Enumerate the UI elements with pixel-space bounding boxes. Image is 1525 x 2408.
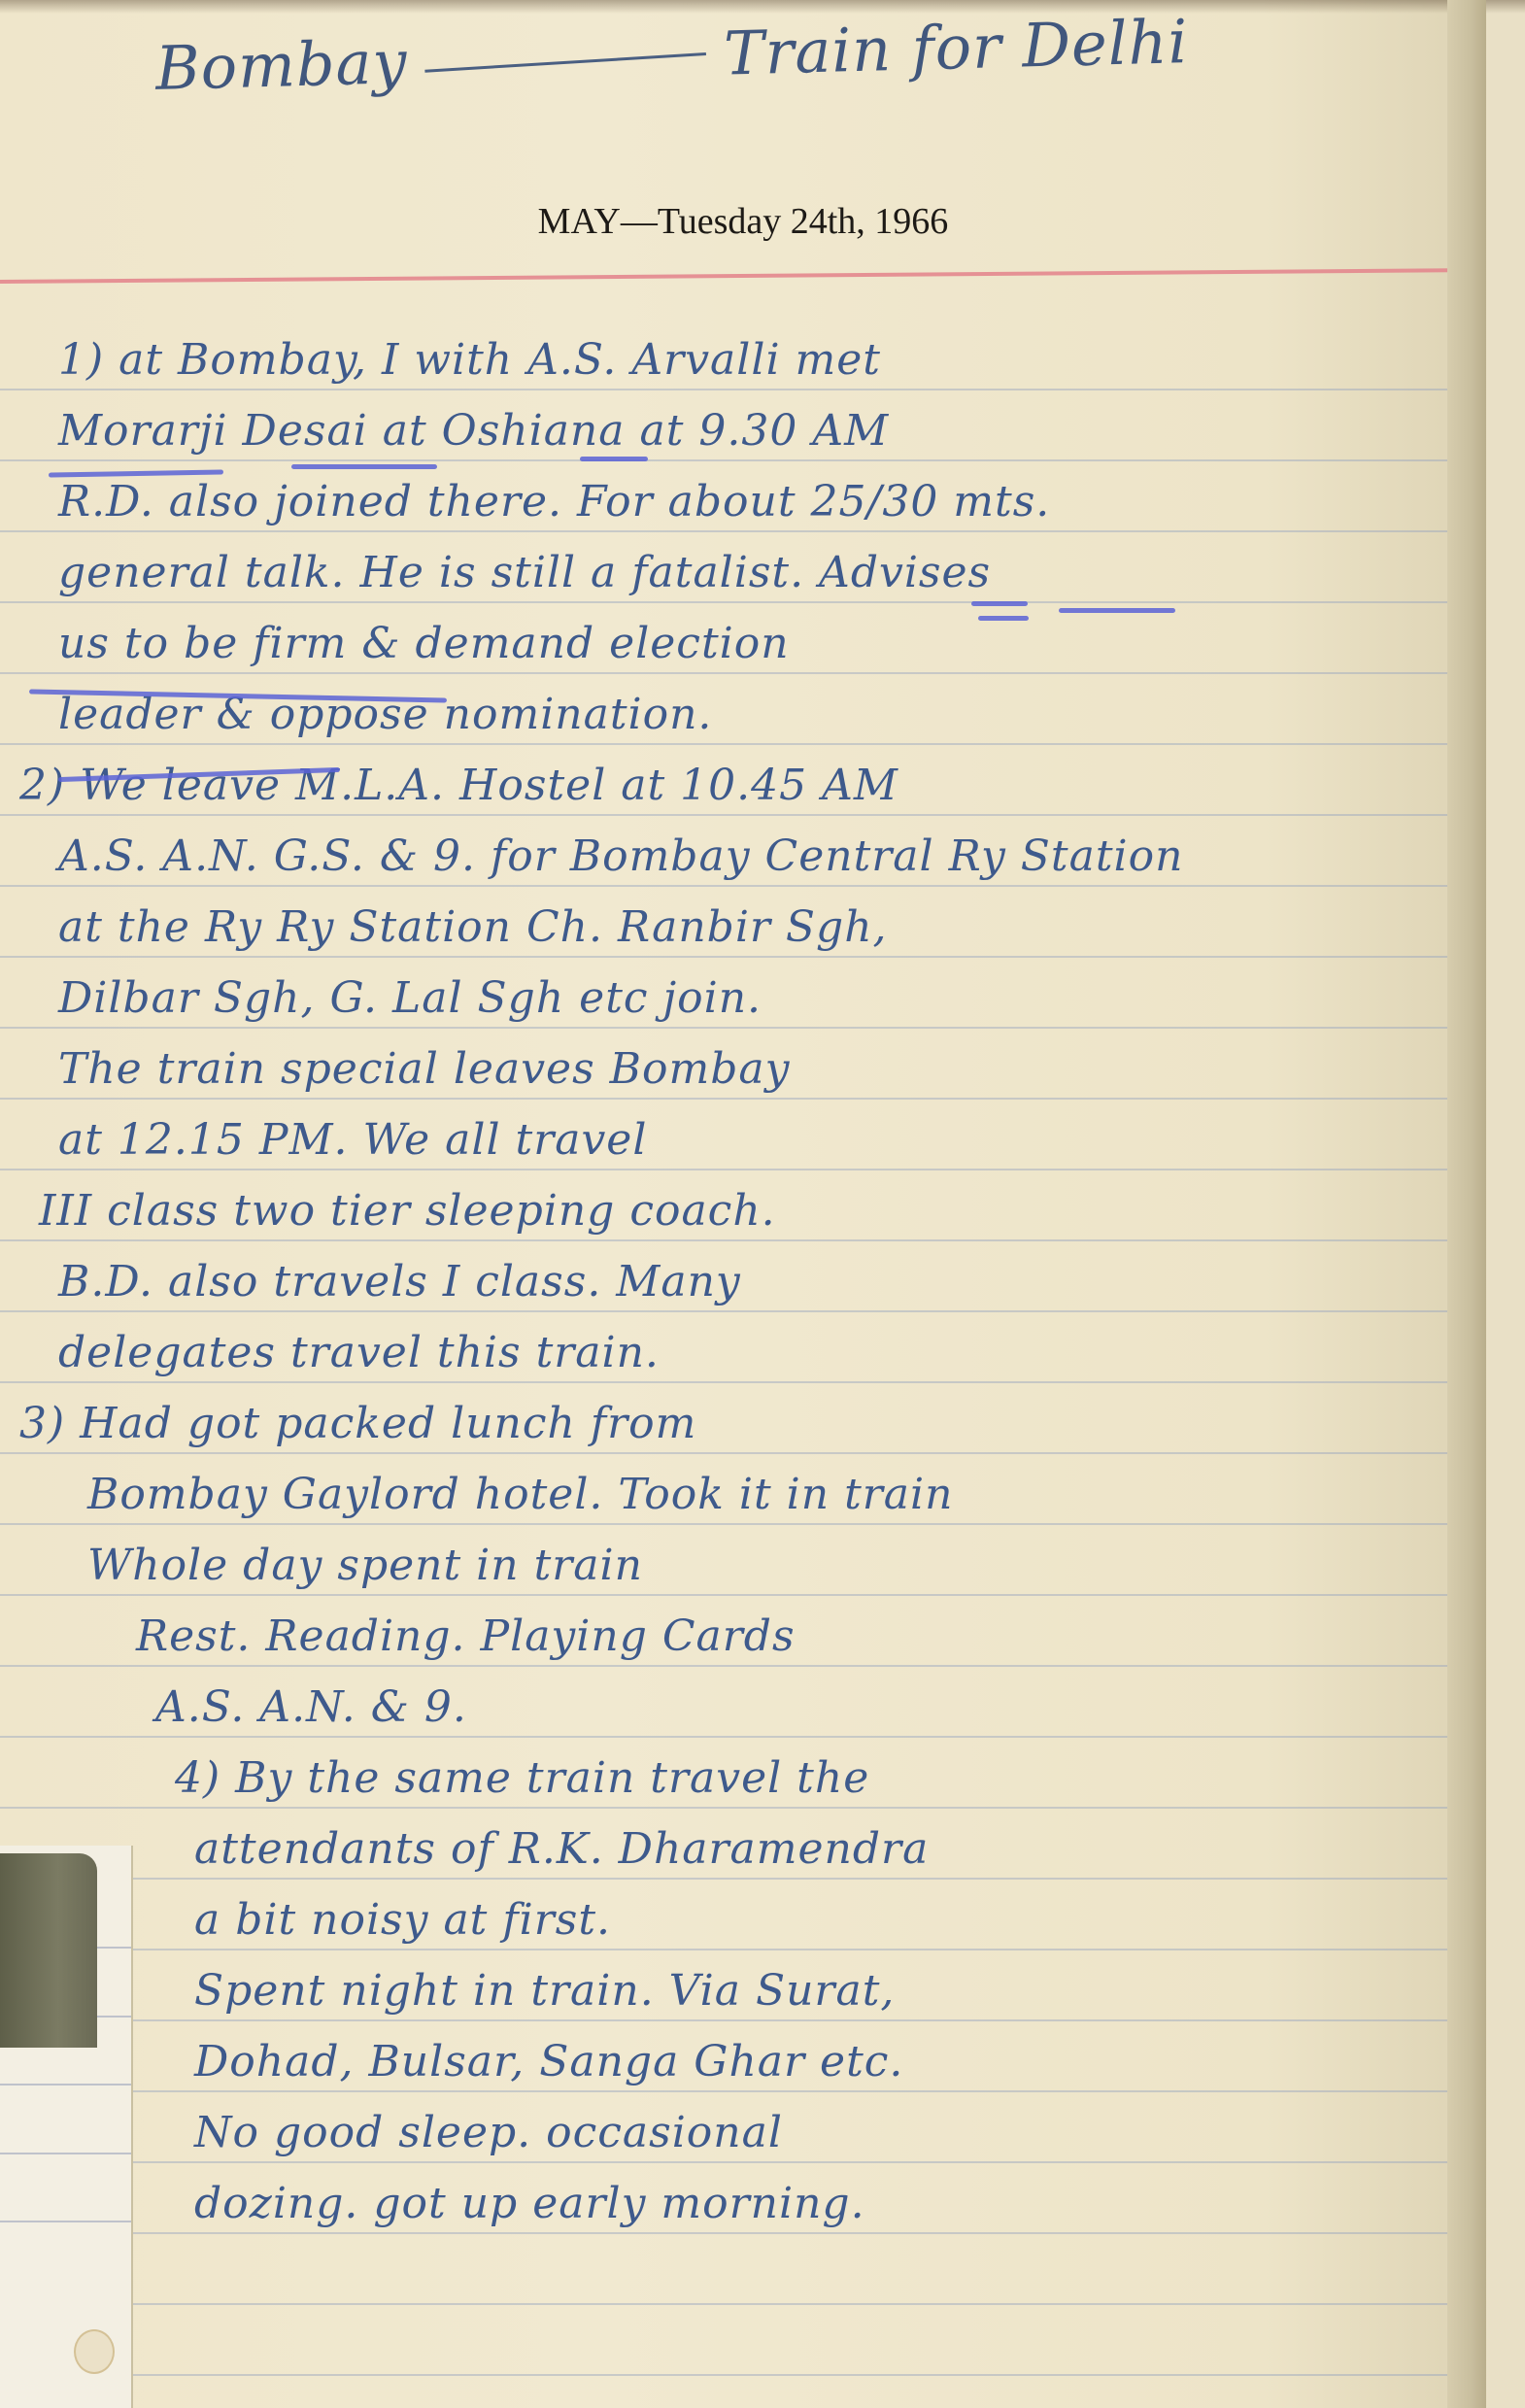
entry-line: A.S. A.N. & 9. [155, 1682, 467, 1732]
ruled-line [0, 389, 1486, 390]
entry-line: Rest. Reading. Playing Cards [136, 1611, 796, 1661]
ruled-line [0, 743, 1486, 745]
highlight-underline [978, 616, 1029, 621]
entry-line: No good sleep. occasional [194, 2108, 783, 2157]
entry-line: III class two tier sleeping coach. [39, 1186, 776, 1236]
underlying-rule [0, 2084, 131, 2086]
ruled-line [0, 1310, 1486, 1312]
ruled-line [0, 1452, 1486, 1454]
ruled-line [0, 672, 1486, 674]
paper-stain [74, 2329, 115, 2374]
binding-tab [0, 1853, 97, 2048]
ruled-line [0, 1098, 1486, 1100]
ruled-line [0, 1027, 1486, 1029]
ruled-line [0, 530, 1486, 532]
entry-line: Dilbar Sgh, G. Lal Sgh etc join. [58, 973, 762, 1023]
ruled-line [0, 1736, 1486, 1738]
ruled-line [0, 1807, 1486, 1809]
entry-line: Whole day spent in train [87, 1541, 643, 1590]
entry-line: The train special leaves Bombay [58, 1044, 790, 1094]
underlying-rule [0, 2221, 131, 2222]
red-margin-rule [0, 268, 1486, 284]
entry-line: 3) Had got packed lunch from [19, 1399, 696, 1448]
entry-line: attendants of R.K. Dharamendra [194, 1824, 929, 1874]
ruled-line [0, 2019, 1486, 2021]
entry-line: Spent night in train. Via Surat, [194, 1966, 895, 2016]
entry-line: 4) By the same train travel the [175, 1753, 869, 1803]
ruled-line [0, 2303, 1486, 2305]
ruled-line [0, 885, 1486, 887]
underlying-rule [0, 2153, 131, 2154]
page-top-shadow [0, 0, 1525, 14]
diary-page: BombayTrain for Delhi MAY—Tuesday 24th, … [0, 0, 1486, 2408]
ruled-line [0, 2090, 1486, 2092]
highlight-underline [291, 464, 437, 469]
entry-line: a bit noisy at first. [194, 1895, 611, 1945]
ruled-line [0, 1169, 1486, 1170]
ruled-line [0, 1878, 1486, 1880]
entry-line: delegates travel this train. [58, 1328, 660, 1377]
ruled-line [0, 2161, 1486, 2163]
entry-line: A.S. A.N. G.S. & 9. for Bombay Central R… [58, 831, 1183, 881]
entry-line: us to be firm & demand election [58, 619, 790, 668]
entry-line: 1) at Bombay, I with A.S. Arvalli met [58, 335, 881, 385]
handwritten-header: BombayTrain for Delhi [154, 6, 1189, 104]
ruled-line [0, 2374, 1486, 2376]
entry-line: Dohad, Bulsar, Sanga Ghar etc. [194, 2037, 903, 2086]
ruled-line [0, 2232, 1486, 2234]
ruled-line [0, 814, 1486, 816]
ruled-line [0, 956, 1486, 958]
highlight-underline [971, 601, 1028, 606]
ruled-line [0, 1949, 1486, 1950]
entry-line: dozing. got up early morning. [194, 2179, 865, 2228]
entry-line: R.D. also joined there. For about 25/30 … [58, 477, 1050, 526]
entry-line: Bombay Gaylord hotel. Took it in train [87, 1470, 953, 1519]
entry-line: 2) We leave M.L.A. Hostel at 10.45 AM [19, 761, 898, 810]
ruled-line [0, 459, 1486, 461]
ruled-line [0, 601, 1486, 603]
ruled-line [0, 1381, 1486, 1383]
header-trip: Train for Delhi [723, 6, 1189, 88]
ruled-line [0, 1523, 1486, 1525]
entry-line: B.D. also travels I class. Many [58, 1257, 741, 1306]
header-location: Bombay [154, 26, 408, 104]
highlight-underline [580, 457, 648, 461]
highlight-underline [1059, 608, 1175, 613]
entry-line: at the Ry Ry Station Ch. Ranbir Sgh, [58, 902, 888, 952]
header-dash [425, 52, 707, 73]
entry-line: Morarji Desai at Oshiana at 9.30 AM [58, 406, 889, 456]
ruled-line [0, 1594, 1486, 1596]
entry-line: general talk. He is still a fatalist. Ad… [58, 548, 991, 597]
printed-date: MAY—Tuesday 24th, 1966 [0, 200, 1486, 243]
ruled-line [0, 1239, 1486, 1241]
ruled-line [0, 1665, 1486, 1667]
book-spine [1447, 0, 1486, 2408]
entry-line: at 12.15 PM. We all travel [58, 1115, 647, 1165]
